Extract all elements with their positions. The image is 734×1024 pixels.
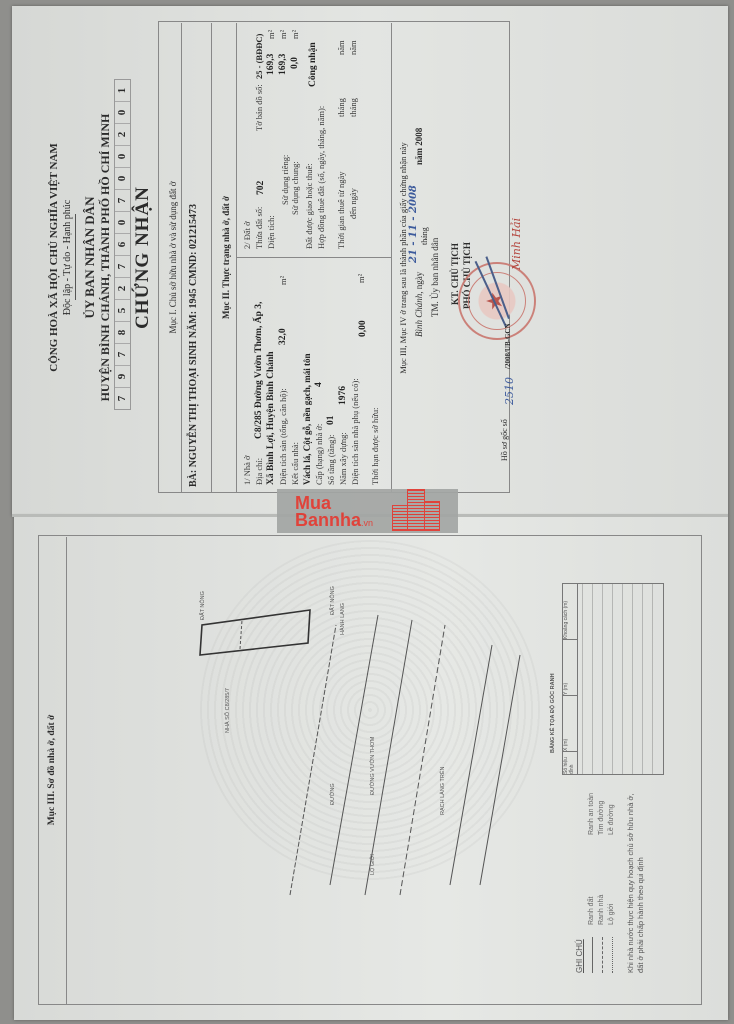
area-label: Diện tích: [266, 215, 276, 249]
record-label: Hồ sơ gốc số [500, 419, 509, 461]
lease-contract-label: Hợp đồng thuê đất (số, ngày, tháng, năm)… [316, 106, 326, 249]
legend-item: Ranh an toàn [588, 793, 595, 835]
committee-name: ỦY BAN NHÂN DÂN [82, 10, 98, 505]
district-name: HUYỆN BÌNH CHÁNH, THÀNH PHỐ HỒ CHÍ MINH [98, 10, 113, 505]
column-header: Khoảng cách (m) [563, 584, 577, 639]
section2-heading: Mục II. Thực trạng nhà ở, đất ở [221, 10, 231, 505]
issue-year: năm 2008 [414, 128, 424, 165]
serial-digit: 7 [115, 387, 130, 409]
map-label-north: ĐẤT NÔNG [200, 591, 206, 620]
serial-digit: 0 [115, 101, 130, 123]
floors-label: Số tầng (tầng): [326, 434, 336, 485]
unit: m² [266, 30, 276, 39]
floor-area-value: 32,0 [278, 328, 288, 345]
signature-name: Minh Hải [510, 218, 523, 270]
legend-line [592, 937, 593, 973]
unit: m² [356, 274, 366, 283]
address-line2: Xã Bình Lợi, Huyện Bình Chánh [266, 351, 276, 485]
owner-info: BÀ: NGUYỄN THỊ THOẠI SINH NĂM: 1945 CMND… [188, 204, 199, 487]
structure-label: Kết cấu nhà: [290, 442, 300, 485]
divider [211, 23, 212, 493]
section1-heading: Mục I. Chủ sở hữu nhà ở và sử dụng đất ở [168, 10, 178, 505]
lease-to-label: đến ngày [348, 188, 358, 219]
section3-heading: Mục III. Sơ đồ nhà ở, đất ở [47, 525, 57, 1015]
country-name: CỘNG HOÀ XÃ HỘI CHỦ NGHĨA VIỆT NAM [48, 10, 60, 505]
address-label: Địa chỉ: [254, 458, 264, 485]
year-label: năm [348, 40, 358, 55]
map-label-canal: RẠCH LÀNG TRÊN [440, 767, 446, 816]
serial-digit: 7 [115, 343, 130, 365]
serial-digit: 7 [115, 255, 130, 277]
month-label: tháng [348, 98, 358, 117]
month-label: tháng [336, 98, 346, 117]
planning-note-line1: Khi nhà nước thực hiện quy hoạch chủ sở … [626, 793, 635, 973]
motto: Độc lập - Tự do - Hạnh phúc [62, 10, 73, 505]
floors-value: 01 [326, 416, 336, 426]
document-title: CHỨNG NHẬN [132, 10, 154, 505]
map-sheet-label: Tờ bản đồ số: [254, 84, 264, 131]
coord-table-header: Số hiệu đỉnh X (m) Y (m) Khoảng cách (m) [563, 584, 578, 774]
parcel-value: 702 [256, 181, 266, 195]
unit: m² [290, 30, 300, 39]
map-label-road: ĐƯỜNG [330, 783, 336, 805]
year-label: Năm xây dựng: [338, 432, 348, 485]
coordinate-table: Số hiệu đỉnh X (m) Y (m) Khoảng cách (m) [562, 583, 664, 775]
shared-use-value: 0,0 [290, 57, 300, 69]
house-title: 1/ Nhà ở [242, 455, 252, 485]
serial-digit: 5 [115, 299, 130, 321]
address-line1: C8/285 Đường Vườn Thơm, Ấp 3, [254, 302, 264, 439]
serial-digit: 7 [115, 189, 130, 211]
aux-area-value: 0,00 [358, 320, 368, 337]
legend-item: Ranh nhà [598, 895, 605, 925]
year-value: 1976 [338, 386, 348, 405]
year-label: năm [336, 40, 346, 55]
column-header: Số hiệu đỉnh [563, 751, 577, 774]
diagram-page-content: Mục III. Sơ đồ nhà ở, đất ở ĐẤT NÔNG ĐẤT… [30, 525, 720, 1015]
month-label: tháng [420, 227, 429, 245]
divider [181, 23, 182, 493]
divider [66, 537, 67, 1005]
column-header: X (m) [563, 695, 577, 751]
unit: m² [278, 30, 288, 39]
lease-from-label: Thời gian thuê từ ngày [336, 171, 346, 249]
serial-digit: 2 [115, 277, 130, 299]
floor-area-label: Diện tích sàn (tổng, căn hộ): [278, 388, 288, 485]
serial-digit: 0 [115, 145, 130, 167]
footer-note: Mục III, Mục IV ở trang sau là thành phầ… [398, 23, 408, 493]
divider [236, 23, 237, 493]
serial-digit: 9 [115, 365, 130, 387]
column-header: Y (m) [563, 639, 577, 695]
issue-place: Bình Chánh [414, 294, 424, 337]
record-suffix: /2008/UB-GCN [504, 324, 512, 370]
coord-table-body [578, 584, 662, 774]
legend-item: Tim đường [598, 801, 605, 835]
map-label-road-name: ĐƯỜNG VƯỜN THƠM [370, 737, 376, 795]
private-use-value: 169,3 [278, 54, 288, 75]
legend-line [602, 937, 603, 973]
motto-underline [75, 214, 76, 300]
unit: m² [278, 276, 288, 285]
on-behalf: TM. Ủy ban nhân dân [430, 238, 440, 317]
area-value: 169,3 [266, 54, 276, 75]
serial-number: 797852760700201 [114, 79, 131, 410]
serial-digit: 8 [115, 321, 130, 343]
legend-title: GHI CHÚ [575, 939, 584, 973]
front-page-content: CỘNG HOÀ XÃ HỘI CHỦ NGHĨA VIỆT NAM Độc l… [18, 10, 726, 505]
date-prefix: , ngày [414, 272, 424, 294]
serial-digit: 0 [115, 211, 130, 233]
map-label-neighbor: NHÀ SỐ C8/285/7 [225, 688, 231, 733]
allocation-label: Đất được giao hoặc thuê: [304, 163, 314, 249]
record-number: 2510 [503, 377, 516, 405]
private-use-label: Sử dụng riêng: [280, 155, 290, 205]
serial-digit: 6 [115, 233, 130, 255]
legend-line [612, 937, 613, 973]
shared-use-label: Sử dụng chung: [290, 161, 300, 215]
official-seal: ★ [458, 262, 536, 340]
land-title: 2/ Đất ở [242, 221, 252, 249]
serial-digit: 1 [115, 80, 130, 101]
legend-item: Lộ giới [608, 904, 615, 925]
allocation-value: Công nhận [308, 42, 318, 87]
planning-note-line2: đất ở phải chấp hành theo qui định [636, 857, 645, 973]
coord-table-title: BẢNG KÊ TỌA ĐỘ GÓC RANH [550, 673, 556, 753]
aux-area-label: Diện tích sàn nhà phụ (nếu có): [350, 378, 360, 485]
structure-value: Vách lá, Cột gỗ, nền gạch, mái tôn [302, 353, 312, 485]
map-label-corridor: HÀNH LANG [340, 603, 346, 635]
serial-digit: 2 [115, 123, 130, 145]
legend-item: Lề đường [608, 804, 615, 835]
grade-value: 4 [314, 382, 324, 387]
map-label-north2: ĐẤT NÔNG [330, 586, 336, 615]
divider [391, 23, 392, 493]
legend-item: Ranh đất [588, 897, 595, 925]
parcel-label: Thửa đất số: [254, 207, 264, 249]
grade-label: Cấp (hạng) nhà ở: [314, 424, 324, 485]
column-divider [236, 257, 391, 258]
map-sheet-value: 25 - (BĐĐC) [254, 34, 264, 79]
map-label-road-side: LỘ GIỚI [370, 854, 376, 875]
issue-place-date: Bình Chánh, ngày [414, 272, 424, 337]
term-label: Thời hạn được sở hữu: [370, 408, 380, 485]
handwritten-date: 21 - 11 - 2008 [408, 185, 419, 263]
serial-digit: 0 [115, 167, 130, 189]
